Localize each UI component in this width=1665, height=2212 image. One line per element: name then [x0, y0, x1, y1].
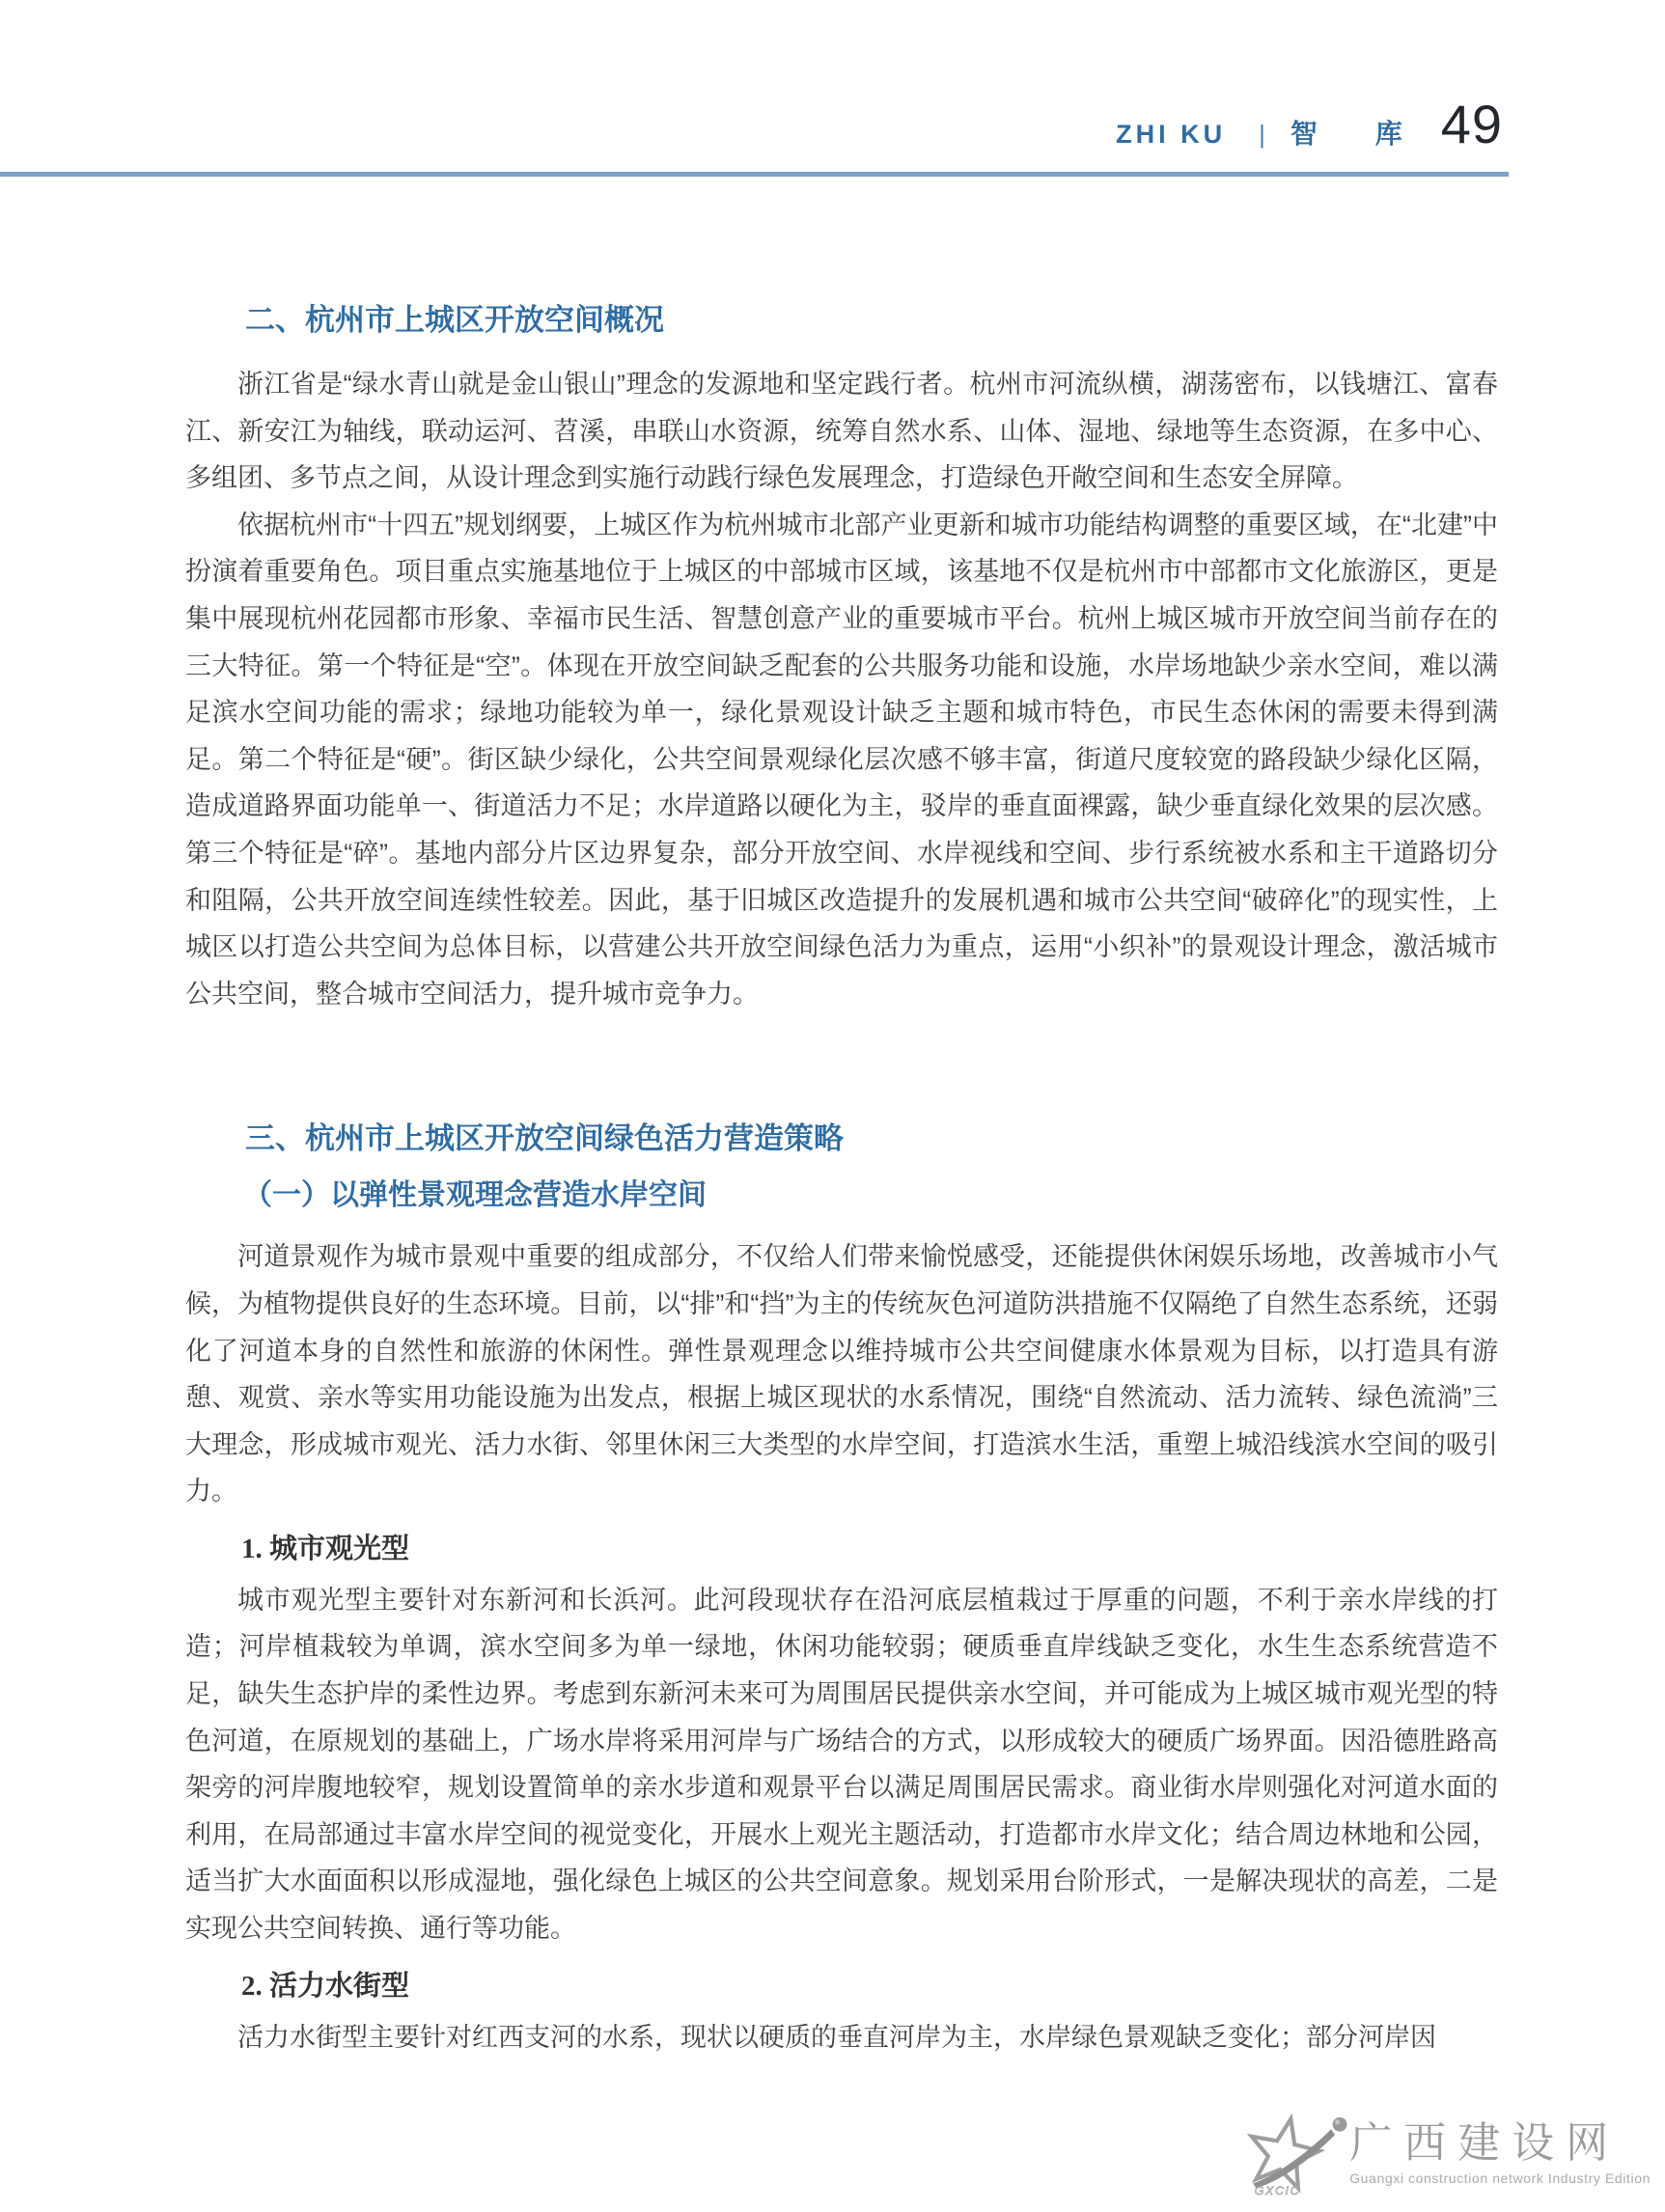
article-body: 二、杭州市上城区开放空间概况 浙江省是“绿水青山就是金山银山”理念的发源地和坚定…	[185, 299, 1498, 2060]
section-2-paragraph-2: 依据杭州市“十四五”规划纲要，上城区作为杭州城市北部产业更新和城市功能结构调整的…	[185, 502, 1498, 1018]
header-journal-en: ZHI KU	[1116, 120, 1226, 150]
subsection-1-intro-paragraph: 河道景观作为城市景观中重要的组成部分，不仅给人们带来愉悦感受，还能提供休闲娱乐场…	[185, 1233, 1498, 1515]
section-2-heading: 二、杭州市上城区开放空间概况	[185, 299, 1498, 342]
header-separator: |	[1259, 120, 1265, 150]
logo-text-block: 广西建设网 Guangxi construction network Indus…	[1349, 2120, 1651, 2186]
subsection-1-heading: （一）以弹性景观理念营造水岸空间	[185, 1175, 1498, 1216]
item-2-heading: 2. 活力水街型	[185, 1966, 1498, 2006]
section-2-paragraph-1: 浙江省是“绿水青山就是金山银山”理念的发源地和坚定践行者。杭州市河流纵横，湖荡密…	[185, 361, 1498, 502]
item-1-heading: 1. 城市观光型	[185, 1529, 1498, 1569]
logo-title-cn: 广西建设网	[1349, 2120, 1651, 2167]
header-rule	[0, 172, 1509, 177]
section-3-heading: 三、杭州市上城区开放空间绿色活力营造策略	[185, 1118, 1498, 1160]
page-number: 49	[1441, 93, 1503, 155]
logo-subtitle-en: Guangxi construction network Industry Ed…	[1349, 2171, 1651, 2186]
gxcic-acronym: GXCIC	[1255, 2184, 1300, 2198]
gxcic-star-icon: GXCIC	[1235, 2100, 1363, 2206]
item-2-paragraph: 活力水街型主要针对红西支河的水系，现状以硬质的垂直河岸为主，水岸绿色景观缺乏变化…	[185, 2014, 1498, 2061]
magazine-page: ZHI KU | 智 库 49 二、杭州市上城区开放空间概况 浙江省是“绿水青山…	[0, 0, 1665, 2212]
page-header: ZHI KU | 智 库 49	[1116, 93, 1503, 155]
publisher-logo: GXCIC 广西建设网 Guangxi construction network…	[1235, 2100, 1651, 2206]
item-1-paragraph: 城市观光型主要针对东新河和长浜河。此河段现状存在沿河底层植栽过于厚重的问题，不利…	[185, 1577, 1498, 1952]
header-journal-cn: 智 库	[1290, 113, 1428, 152]
